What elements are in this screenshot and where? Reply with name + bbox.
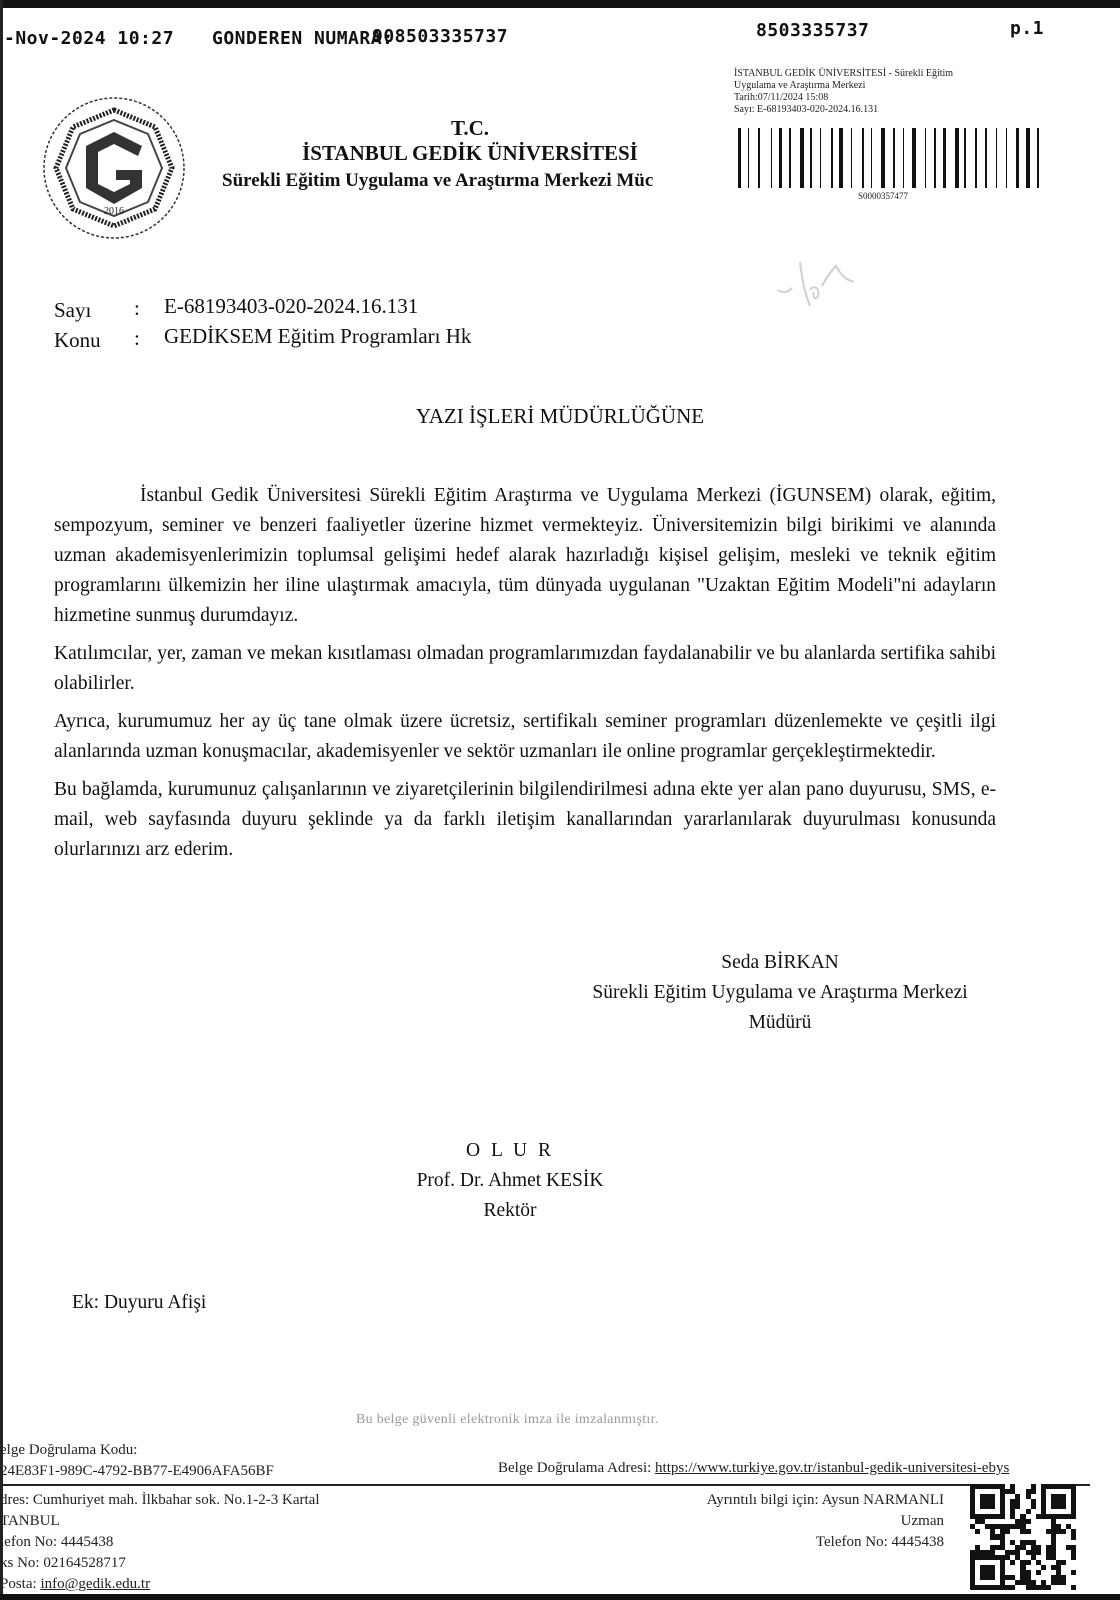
fax-datetime: -Nov-2024 10:27 bbox=[4, 28, 174, 49]
body-paragraph-4: Bu bağlamda, kurumunuz çalışanlarının ve… bbox=[54, 775, 996, 865]
fax-sender-label: GONDEREN NUMARA: bbox=[212, 28, 393, 49]
body-paragraph-1: İstanbul Gedik Üniversitesi Sürekli Eğit… bbox=[54, 481, 996, 631]
barcode-number: S0000357477 bbox=[858, 190, 908, 202]
footer-contact-right: Ayrıntılı bilgi için: Aysun NARMANLI Uzm… bbox=[640, 1490, 944, 1553]
scan-edge-bottom bbox=[0, 1594, 1120, 1600]
footer-contact-left: dres: Cumhuriyet mah. İlkbahar sok. No.1… bbox=[0, 1490, 420, 1595]
footer-address: dres: Cumhuriyet mah. İlkbahar sok. No.1… bbox=[0, 1490, 420, 1511]
letterhead-tc: T.C. bbox=[220, 116, 720, 141]
stamp-line-4: Sayı: E-68193403-020-2024.16.131 bbox=[734, 104, 1034, 116]
konu-separator: : bbox=[134, 326, 140, 351]
handwritten-initials bbox=[770, 250, 880, 310]
sayi-value: E-68193403-020-2024.16.131 bbox=[164, 294, 418, 319]
signatory-name: Seda BİRKAN bbox=[540, 948, 1020, 978]
footer-fax: ks No: 02164528717 bbox=[0, 1553, 420, 1574]
fax-page-number: p.1 bbox=[1010, 18, 1044, 39]
signatory-block: Seda BİRKAN Sürekli Eğitim Uygulama ve A… bbox=[540, 948, 1020, 1038]
letterhead-department: Sürekli Eğitim Uygulama ve Araştırma Mer… bbox=[222, 170, 742, 192]
esign-note: Bu belge güvenli elektronik imza ile imz… bbox=[356, 1412, 659, 1428]
body-paragraph-3: Ayrıca, kurumumuz her ay üç tane olmak ü… bbox=[54, 707, 996, 767]
approval-name: Prof. Dr. Ahmet KESİK bbox=[300, 1166, 720, 1196]
verification-code-label: elge Doğrulama Kodu: bbox=[0, 1440, 137, 1461]
sayi-separator: : bbox=[134, 296, 140, 321]
svg-text:2016: 2016 bbox=[104, 206, 124, 217]
footer-rule bbox=[0, 1484, 1090, 1486]
university-seal-logo: 2016 bbox=[34, 88, 194, 248]
stamp-line-1: İSTANBUL GEDİK ÜNİVERSİTESİ - Sürekli Eğ… bbox=[734, 68, 1034, 80]
fax-sender-number: 908503335737 bbox=[372, 26, 508, 47]
konu-value: GEDİKSEM Eğitim Programları Hk bbox=[164, 324, 471, 349]
konu-label: Konu bbox=[54, 328, 101, 353]
footer-email-link[interactable]: info@gedik.edu.tr bbox=[40, 1576, 150, 1592]
letter-body: İstanbul Gedik Üniversitesi Sürekli Eğit… bbox=[54, 481, 996, 873]
fax-receiver-number: 8503335737 bbox=[756, 20, 869, 41]
contact-label: Ayrıntılı bilgi için: bbox=[707, 1492, 819, 1508]
verification-code: 24E83F1-989C-4792-BB77-E4906AFA56BF bbox=[0, 1461, 274, 1482]
letterhead-university: İSTANBUL GEDİK ÜNİVERSİTESİ bbox=[220, 141, 720, 166]
sayi-label: Sayı bbox=[54, 298, 91, 323]
footer-email-label: Posta: bbox=[0, 1576, 37, 1592]
verification-address-link[interactable]: https://www.turkiye.gov.tr/istanbul-gedi… bbox=[655, 1460, 1009, 1476]
verification-address-label: Belge Doğrulama Adresi: bbox=[498, 1460, 651, 1476]
footer-phone: lefon No: 4445438 bbox=[0, 1532, 420, 1553]
approval-block: O L U R Prof. Dr. Ahmet KESİK Rektör bbox=[300, 1136, 720, 1226]
signatory-title: Sürekli Eğitim Uygulama ve Araştırma Mer… bbox=[540, 978, 1020, 1008]
footer-city: TANBUL bbox=[0, 1511, 420, 1532]
stamp-line-2: Uygulama ve Araştırma Merkezi bbox=[734, 80, 1034, 92]
attachment-note: Ek: Duyuru Afişi bbox=[72, 1292, 206, 1314]
body-paragraph-2: Katılımcılar, yer, zaman ve mekan kısıtl… bbox=[54, 639, 996, 699]
contact-name: Aysun NARMANLI bbox=[822, 1492, 944, 1508]
addressee: YAZI İŞLERİ MÜDÜRLÜĞÜNE bbox=[0, 404, 1120, 429]
contact-title: Uzman bbox=[640, 1511, 944, 1532]
contact-phone: Telefon No: 4445438 bbox=[640, 1532, 944, 1553]
barcode bbox=[738, 128, 1048, 188]
verification-qr-code bbox=[970, 1484, 1076, 1590]
signatory-title-2: Müdürü bbox=[540, 1008, 1020, 1038]
scan-edge-top bbox=[0, 0, 1120, 8]
verification-address: Belge Doğrulama Adresi: https://www.turk… bbox=[498, 1458, 1009, 1479]
stamp-line-3: Tarih:07/11/2024 15:08 bbox=[734, 92, 1034, 104]
approval-title: Rektör bbox=[300, 1196, 720, 1226]
approval-olur: O L U R bbox=[300, 1136, 720, 1166]
scan-edge-left bbox=[0, 0, 3, 1600]
registry-stamp: İSTANBUL GEDİK ÜNİVERSİTESİ - Sürekli Eğ… bbox=[734, 68, 1034, 116]
